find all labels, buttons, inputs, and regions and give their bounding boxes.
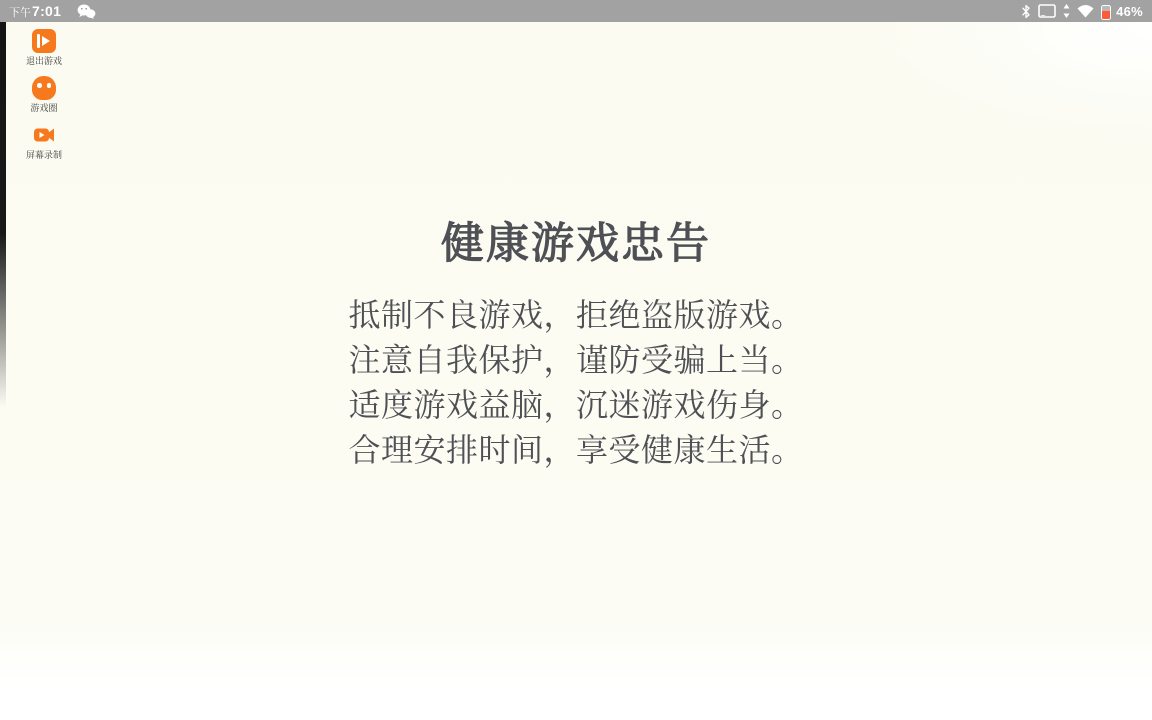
exit-game-button[interactable]: 退出游戏 (18, 29, 70, 67)
advisory-line: 适度游戏益脑，沉迷游戏伤身。 (0, 383, 1152, 428)
wechat-icon (77, 4, 96, 19)
exit-game-icon (32, 29, 56, 53)
data-arrows-icon (1063, 4, 1070, 18)
game-circle-label: 游戏圈 (30, 103, 57, 114)
status-bar-left: 下午 7:01 (9, 3, 96, 20)
screen-record-button[interactable]: 屏幕录制 (18, 123, 70, 161)
exit-game-label: 退出游戏 (26, 56, 62, 67)
clock-time: 7:01 (32, 3, 61, 19)
advisory-line: 注意自我保护，谨防受骗上当。 (0, 338, 1152, 383)
status-bar: 下午 7:01 (0, 0, 1152, 22)
bluetooth-icon (1021, 4, 1031, 19)
advisory-title: 健康游戏忠告 (0, 219, 1152, 269)
screen-record-icon (32, 123, 56, 147)
game-assistant-sidebar: 退出游戏 游戏圈 屏幕录制 (18, 29, 70, 161)
screen-record-label: 屏幕录制 (26, 150, 62, 161)
battery-percent-label: 46% (1116, 4, 1143, 19)
status-bar-right: 46% (1014, 3, 1143, 20)
advisory-line: 抵制不良游戏，拒绝盗版游戏。 (0, 293, 1152, 338)
screen-cast-icon (1038, 4, 1056, 18)
game-circle-icon (32, 76, 56, 100)
battery-fill (1102, 11, 1110, 18)
game-circle-button[interactable]: 游戏圈 (18, 76, 70, 114)
advisory-line: 合理安排时间，享受健康生活。 (0, 428, 1152, 473)
clock: 下午 7:01 (9, 3, 61, 20)
wifi-icon (1077, 4, 1094, 18)
clock-ampm-label: 下午 (9, 4, 31, 20)
health-advisory-panel: 健康游戏忠告 抵制不良游戏，拒绝盗版游戏。 注意自我保护，谨防受骗上当。 适度游… (0, 219, 1152, 473)
battery-icon (1094, 3, 1111, 20)
advisory-lines: 抵制不良游戏，拒绝盗版游戏。 注意自我保护，谨防受骗上当。 适度游戏益脑，沉迷游… (0, 293, 1152, 473)
